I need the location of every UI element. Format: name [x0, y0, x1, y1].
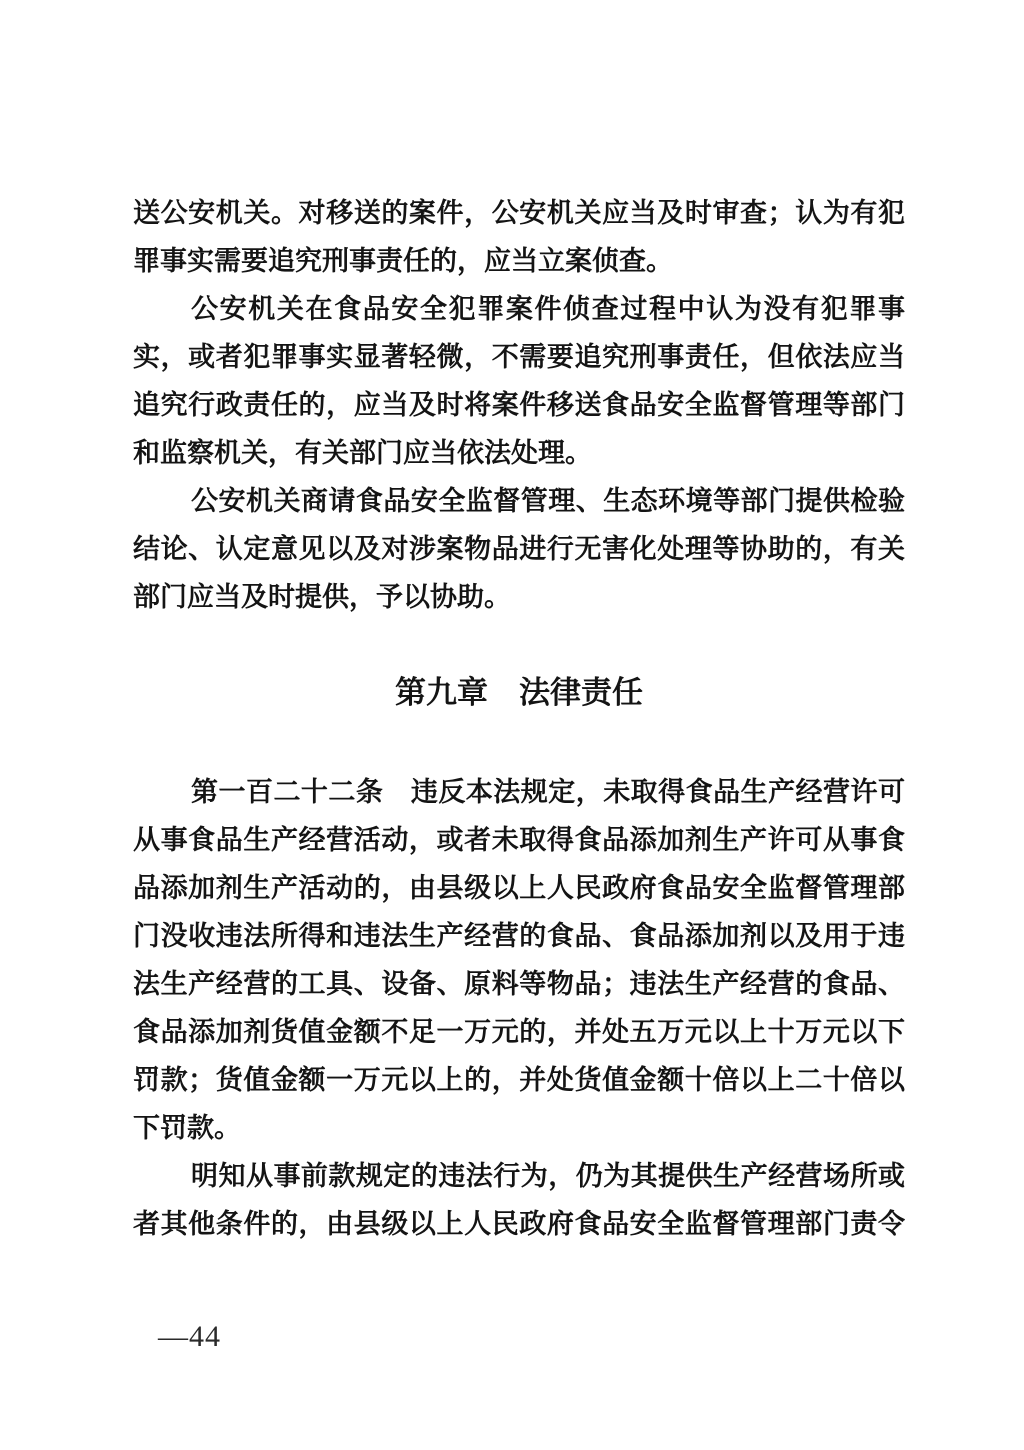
text-line: 结论、认定意见以及对涉案物品进行无害化处理等协助的，有关 [133, 525, 905, 573]
page-number: —44 [158, 1320, 221, 1354]
text-line: 部门应当及时提供，予以协助。 [133, 573, 905, 621]
text-line: 法生产经营的工具、设备、原料等物品；违法生产经营的食品、 [133, 960, 905, 1008]
text-line: 实，或者犯罪事实显著轻微，不需要追究刑事责任，但依法应当 [133, 333, 905, 381]
text-line: 第一百二十二条 违反本法规定，未取得食品生产经营许可 [133, 768, 905, 816]
text-line: 食品添加剂货值金额不足一万元的，并处五万元以上十万元以下 [133, 1008, 905, 1056]
text-line: 公安机关在食品安全犯罪案件侦查过程中认为没有犯罪事 [133, 285, 905, 333]
chapter-heading: 第九章 法律责任 [133, 669, 905, 717]
paragraph-block-bottom: 第一百二十二条 违反本法规定，未取得食品生产经营许可 从事食品生产经营活动，或者… [133, 768, 905, 1248]
paragraph-block-top: 送公安机关。对移送的案件，公安机关应当及时审查；认为有犯 罪事实需要追究刑事责任… [133, 189, 905, 621]
document-page: 送公安机关。对移送的案件，公安机关应当及时审查；认为有犯 罪事实需要追究刑事责任… [0, 0, 1024, 1450]
text-line: 从事食品生产经营活动，或者未取得食品添加剂生产许可从事食 [133, 816, 905, 864]
text-line: 门没收违法所得和违法生产经营的食品、食品添加剂以及用于违 [133, 912, 905, 960]
text-line: 送公安机关。对移送的案件，公安机关应当及时审查；认为有犯 [133, 189, 905, 237]
text-line: 下罚款。 [133, 1104, 905, 1152]
text-line: 品添加剂生产活动的，由县级以上人民政府食品安全监督管理部 [133, 864, 905, 912]
text-line: 和监察机关，有关部门应当依法处理。 [133, 429, 905, 477]
text-line: 罪事实需要追究刑事责任的，应当立案侦查。 [133, 237, 905, 285]
text-line: 明知从事前款规定的违法行为，仍为其提供生产经营场所或 [133, 1152, 905, 1200]
text-line: 追究行政责任的，应当及时将案件移送食品安全监督管理等部门 [133, 381, 905, 429]
text-line: 公安机关商请食品安全监督管理、生态环境等部门提供检验 [133, 477, 905, 525]
text-line: 罚款；货值金额一万元以上的，并处货值金额十倍以上二十倍以 [133, 1056, 905, 1104]
text-line: 者其他条件的，由县级以上人民政府食品安全监督管理部门责令 [133, 1200, 905, 1248]
